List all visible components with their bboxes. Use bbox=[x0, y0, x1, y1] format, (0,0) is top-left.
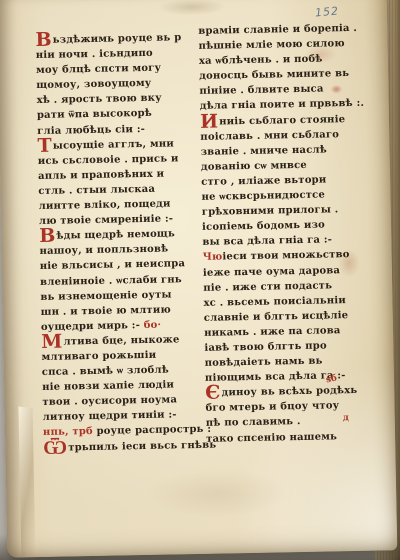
gutter-crease bbox=[19, 406, 36, 558]
manuscript-photo: 152 Вьздѣжимь роуце вь рніи ночи . ісьнд… bbox=[0, 0, 400, 560]
ink-text: дованію сѡ мнвсе bbox=[201, 160, 307, 173]
ink-text: доносць бывь мините вь bbox=[199, 68, 349, 82]
ink-text: славніе и блгть исцѣліе bbox=[204, 310, 349, 324]
parchment-stain bbox=[147, 0, 237, 19]
ink-text: нашоу, и попльзновѣ bbox=[39, 244, 168, 257]
parchment-stain bbox=[126, 462, 307, 525]
ink-text: не ѡсквсрьнидюстсе bbox=[201, 190, 325, 203]
text-line: Ѿтрьпиль іеси вьсь гнѣвь bbox=[43, 437, 205, 455]
ink-text: ысоущіе агглъ, мни bbox=[53, 138, 174, 151]
text-line: Чюіеси твои множьство bbox=[203, 247, 367, 265]
ink-text: враміи славніе и борепіа . bbox=[198, 23, 357, 37]
ink-text: лю твоіе смиреніиіе :- bbox=[39, 214, 173, 228]
ink-text: хѣ . ярость твою вку bbox=[37, 93, 162, 106]
ink-text: вы вса дѣла гніа га :- bbox=[202, 235, 332, 248]
ink-text: грѣховними прилогы . bbox=[202, 204, 339, 218]
ink-text: линтте вліко, пощеди bbox=[39, 199, 171, 213]
ink-text: пѣ по славимь . bbox=[206, 416, 301, 429]
ink-text: рати ѿпа высокорѣ bbox=[37, 108, 152, 121]
ink-text: роуце распрострь : bbox=[96, 424, 211, 437]
ink-text: диноу вь всѣхь родѣхь bbox=[222, 385, 358, 399]
ink-text: трьпиль іеси вьсь гнѣвь bbox=[68, 439, 216, 453]
ink-text: ісопіемь бодомь изо bbox=[202, 220, 325, 233]
ink-text: вь изнемощеніе оуты bbox=[40, 289, 171, 303]
ink-text: ись сьсловоіе . прись и bbox=[38, 153, 179, 167]
ink-text: ніи ночи . ісьндипо bbox=[36, 48, 153, 61]
ink-text: поіславь . мни сьблаго bbox=[200, 129, 339, 143]
text-line: Вьздѣжимь роуце вь р bbox=[35, 30, 197, 48]
ink-text: никамь . иже па слова bbox=[204, 325, 341, 339]
ink-text: стго , иліаже вьтори bbox=[201, 174, 326, 187]
ink-text: щомоу, зовоущому bbox=[36, 78, 151, 91]
ink-text: ьздѣжимь роуце вь р bbox=[53, 32, 182, 45]
ink-text: моу блцѣ спсти могу bbox=[36, 63, 161, 76]
ink-text: ниіь сьблаго стояніе bbox=[219, 114, 345, 127]
ink-text: пѣшніе мліе мою силою bbox=[199, 38, 345, 52]
ink-text: повѣдаіеть намь вь bbox=[205, 356, 323, 369]
ink-text: бго мтерь и бцоу чтоу bbox=[205, 401, 339, 415]
ink-text: іеже паче оума дарова bbox=[203, 265, 340, 279]
folio-number: 152 bbox=[314, 4, 339, 19]
ink-text: апль и праповѣних и bbox=[38, 168, 164, 181]
ink-text: стль . стыи лыскаа bbox=[38, 184, 155, 197]
text-line: вленіиноіе . ѡслаби гнь bbox=[40, 271, 202, 289]
ink-text: піе . иже сти подасть bbox=[203, 280, 332, 293]
ink-text: литноу щедри тиніи :- bbox=[43, 410, 177, 424]
text-line: тако спсенію нашемь bbox=[206, 428, 370, 446]
rubric-initial: Ѿ bbox=[43, 436, 67, 458]
ink-text: ѣды щедрѣ немощь bbox=[56, 229, 175, 242]
ink-text: гліа любѣць сіи :- bbox=[37, 124, 145, 137]
ink-text: хс . вьсемь поисіальніи bbox=[203, 295, 346, 309]
ink-text: дѣла гніа поите и првьвѣ :. bbox=[200, 98, 365, 112]
ink-text: вленіиноіе . ѡслаби гнь bbox=[40, 274, 182, 288]
ink-text: іеси твои множьство bbox=[222, 249, 349, 262]
ink-text: лтива бце, ныкоже bbox=[63, 334, 179, 347]
manuscript-page: 152 Вьздѣжимь роуце вь рніи ночи . ісьнд… bbox=[0, 0, 397, 558]
ink-text: ха ѡблѣчень . и побѣ bbox=[199, 54, 323, 67]
ink-text: ніе вльсисы , и неиспра bbox=[40, 259, 185, 273]
text-column-left: Вьздѣжимь роуце вь рніи ночи . ісьндипом… bbox=[35, 30, 205, 456]
ink-text: іавѣ твою блгть про bbox=[204, 340, 327, 353]
text-line: Иниіь сьблаго стояніе bbox=[200, 111, 364, 129]
ink-text: млтиваго рожьшіи bbox=[41, 350, 156, 363]
text-line: Млтива бце, ныкоже bbox=[41, 332, 203, 350]
rubric-text: Чю bbox=[203, 252, 223, 263]
ink-text: ніе новзи хапіе людіи bbox=[42, 380, 174, 394]
rubric-text: бо· bbox=[144, 319, 162, 330]
margin-gloss-letter: д bbox=[343, 413, 349, 423]
ink-text: шн . и твоіе ю млтию bbox=[41, 304, 171, 317]
ink-text: пініие . блвите выса bbox=[199, 84, 323, 97]
text-line: славніе и блгть исцѣліе bbox=[204, 308, 368, 326]
text-line: ись сьсловоіе . прись и bbox=[38, 151, 200, 169]
ink-text: спса . вымѣ ѡ злоблѣ bbox=[42, 365, 169, 378]
text-column-right: враміи славніе и борепіа .пѣшніе мліе мо… bbox=[198, 21, 370, 447]
ink-text: твои . оусисори ноума bbox=[42, 395, 177, 409]
ink-text: званіе . мниче наслѣ bbox=[201, 144, 327, 157]
ink-text: тако спсенію нашемь bbox=[206, 431, 337, 445]
